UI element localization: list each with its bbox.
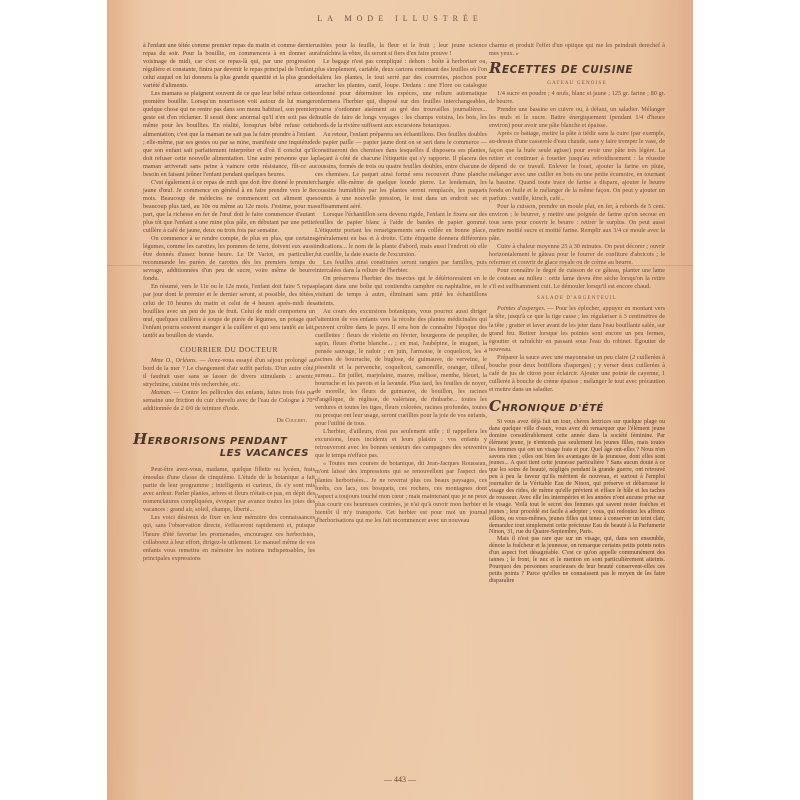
- paragraph: Lorsque l'échantillon sera devenu rigide…: [315, 211, 487, 259]
- paragraph: Maman. — Contre les pellicules des enfan…: [143, 389, 315, 413]
- drop-cap: R: [489, 59, 502, 77]
- recettes-title: RECETTES DE CUISINE: [489, 64, 665, 74]
- paragraph: C'est également à ce repas de midi que d…: [143, 179, 315, 235]
- magazine-page: LA MODE ILLUSTRÉE à l'enfant une tétée c…: [107, 0, 693, 800]
- salade-heading: SALADE D'ARGENTEUIL: [489, 295, 665, 303]
- paragraph: Pour la cuisson, prendre un moule plat, …: [489, 203, 665, 243]
- drop-cap: H: [133, 430, 148, 448]
- paragraph: Si vous avez déjà fait un tour, chères l…: [489, 419, 665, 536]
- paragraph: On commence à se rendre compte, de plus …: [143, 235, 315, 283]
- paragraph-lead: Pointes d'asperges.: [497, 305, 545, 312]
- paragraph: Pour connaître le degré de cuisson de ce…: [489, 267, 665, 291]
- paragraph: Mais il n'est pas rare que sur un visage…: [489, 536, 665, 584]
- column-1: à l'enfant une tétée comme premier repas…: [143, 42, 315, 563]
- running-head: LA MODE ILLUSTRÉE: [107, 14, 693, 23]
- paragraph: Au cours des excursions botaniques, vous…: [315, 308, 487, 429]
- paragraph: « Toutes mes courses de botanique, dit J…: [315, 460, 487, 524]
- courrier-heading: COURRIER DU DOCTEUR: [143, 346, 315, 354]
- paragraph: Au retour, l'enfant préparera ses échant…: [315, 131, 487, 211]
- paragraph: Après ce battage, mettre la pâte à tiédi…: [489, 130, 665, 202]
- paragraph: Préparer la sauce avec une mayonnaise un…: [489, 354, 665, 394]
- paragraph: L'herbier, d'ailleurs, n'est pas seuleme…: [315, 428, 487, 460]
- paragraph: Les voici désireux de fixer en leur mémo…: [143, 514, 315, 562]
- drop-cap: C: [489, 397, 501, 415]
- paragraph: En résumé, vers le 11e ou le 12e mois, l…: [143, 283, 315, 339]
- paragraph: On préservera l'herbier des insectes qui…: [315, 275, 487, 307]
- herborisons-title-line1: HERBORISONS PENDANT: [133, 436, 287, 447]
- paragraph: Peut-être avez-vous, madame, quelque fil…: [143, 466, 315, 514]
- article-bouillie: à l'enfant une tétée comme premier repas…: [143, 42, 315, 340]
- herborisons-title: HERBORISONS PENDANT LES VACANCES: [133, 433, 315, 460]
- recipe-gateau-genoise: 1/4 sucre en poudre ; 4 œufs, blanc et j…: [489, 90, 665, 291]
- paragraph: Cuire à chaleur moyenne 25 à 30 minutes.…: [489, 243, 665, 267]
- paragraph: Mme O., Orléans. — Avez-vous essayé d'un…: [143, 357, 315, 389]
- chronique-title: CHRONIQUE D'ÉTÉ: [489, 402, 665, 413]
- quote-end: charme et produit l'effet d'un optique q…: [489, 42, 665, 58]
- paragraph: 1/4 sucre en poudre ; 4 œufs, blanc et j…: [489, 90, 665, 106]
- page-number: — 443 —: [107, 775, 693, 784]
- signature: Dr Couchet.: [143, 417, 307, 425]
- paragraph-lead: Mme O., Orléans.: [151, 357, 197, 364]
- article-herborisons: Peut-être avez-vous, madame, quelque fil…: [143, 466, 315, 563]
- paragraph: à l'enfant une tétée comme premier repas…: [143, 42, 315, 90]
- recipe-salade-argenteuil: Pointes d'asperges. — Pour les éplucher,…: [489, 305, 665, 394]
- paragraph: usitées pour la feuille, la fleur et le …: [315, 42, 487, 58]
- column-3: charme et produit l'effet d'un optique q…: [489, 42, 665, 585]
- courrier-du-docteur: Mme O., Orléans. — Avez-vous essayé d'un…: [143, 357, 315, 413]
- gateau-heading: GATEAU GENOISE: [489, 80, 665, 88]
- paragraph: Le bagage n'est pas compliqué : dehors :…: [315, 58, 487, 130]
- column-2: usitées pour la feuille, la fleur et le …: [315, 42, 487, 525]
- paragraph: Les feuilles ainsi constituées seront ra…: [315, 259, 487, 275]
- herborisons-title-line2: LES VACANCES: [133, 448, 315, 460]
- paragraph: Les mamans se plaignent souvent de ce qu…: [143, 90, 315, 179]
- article-herborisons-continued: usitées pour la feuille, la fleur et le …: [315, 42, 487, 525]
- article-chronique: Si vous avez déjà fait un tour, chères l…: [489, 419, 665, 585]
- paragraph: Prendre une bassine en cuivre ou, à défa…: [489, 106, 665, 130]
- paragraph: Pointes d'asperges. — Pour les éplucher,…: [489, 305, 665, 353]
- paragraph-lead: Maman.: [151, 389, 171, 396]
